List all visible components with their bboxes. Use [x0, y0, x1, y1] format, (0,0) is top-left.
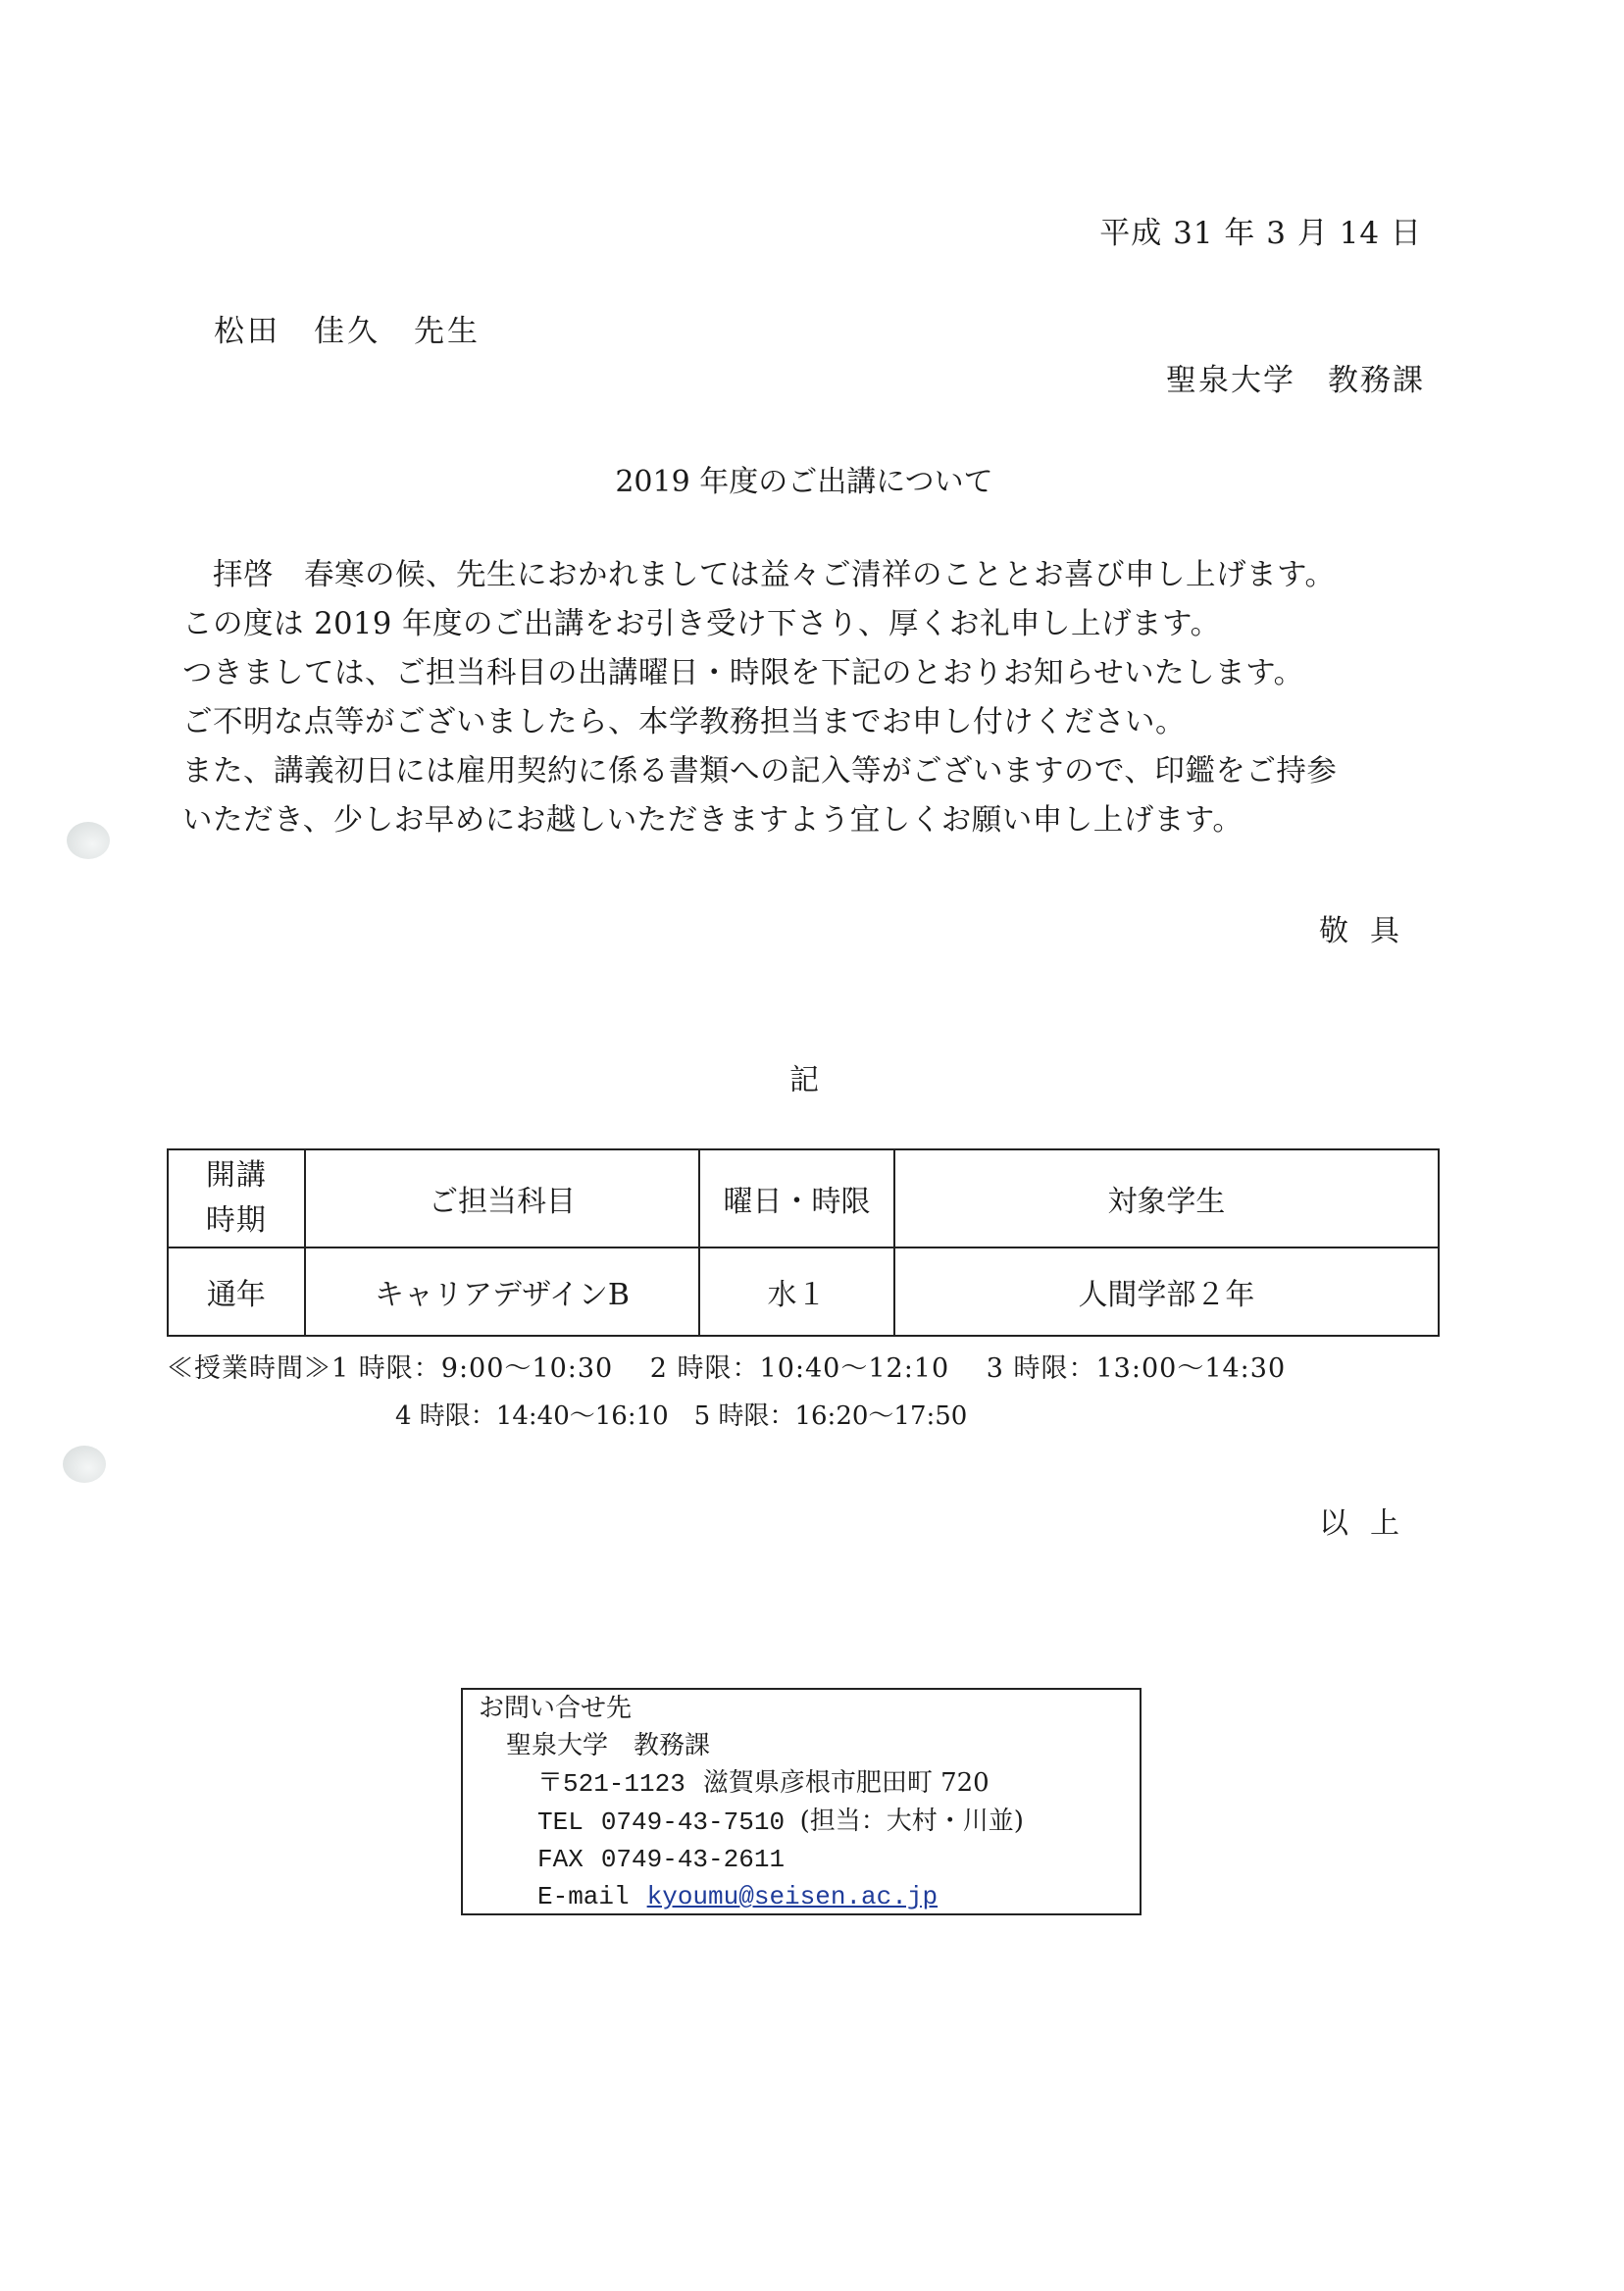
contact-box: お問い合せ先 聖泉大学 教務課 〒521-1123滋賀県彦根市肥田町 720 T… — [461, 1688, 1142, 1915]
body-line: つきましては、ご担当科目の出講曜日・時限を下記のとおりお知らせいたします。 — [182, 649, 1337, 698]
punch-hole-top — [67, 822, 110, 859]
cell-period: 通年 — [168, 1247, 305, 1336]
body-line: 拝啓 春寒の候、先生におかれましては益々ご清祥のこととお喜び申し上げます。 — [182, 551, 1337, 600]
contact-address: 〒521-1123滋賀県彦根市肥田町 720 — [463, 1764, 1140, 1803]
class-hours-periods-1-3: 1 時限：9:00～10:30 2 時限：10:40～12:10 3 時限：13… — [331, 1353, 1286, 1384]
fax-label: FAX — [537, 1845, 584, 1874]
contact-org: 聖泉大学 教務課 — [463, 1727, 1140, 1764]
tel-note: (担当：大村・川並) — [800, 1807, 1024, 1836]
end-mark: 以上 — [1319, 1499, 1421, 1542]
contact-email: E-mailkyoumu@seisen.ac.jp — [463, 1878, 1140, 1915]
letter-body: 拝啓 春寒の候、先生におかれましては益々ご清祥のこととお喜び申し上げます。 この… — [182, 551, 1337, 845]
address: 滋賀県彦根市肥田町 720 — [703, 1768, 990, 1798]
body-line: いただき、少しお早めにお越しいただきますよう宜しくお願い申し上げます。 — [182, 796, 1337, 845]
body-line: この度は 2019 年度のご出講をお引き受け下さり、厚くお礼申し上げます。 — [182, 600, 1337, 649]
ki-heading: 記 — [0, 1055, 1608, 1098]
header-period-line2: 時期 — [169, 1198, 304, 1244]
sender-name: 聖泉大学 教務課 — [1166, 355, 1425, 399]
header-students: 対象学生 — [894, 1149, 1439, 1247]
table-row: 通年 キャリアデザインB 水１ 人間学部２年 — [168, 1247, 1439, 1336]
cell-students: 人間学部２年 — [894, 1247, 1439, 1336]
contact-tel: TEL0749-43-7510 (担当：大村・川並) — [463, 1803, 1140, 1841]
recipient-name: 松田 佳久 先生 — [214, 306, 481, 350]
punch-hole-bottom — [63, 1446, 106, 1483]
body-line: ご不明な点等がございましたら、本学教務担当までお申し付けください。 — [182, 698, 1337, 747]
postal-code: 〒521-1123 — [537, 1769, 685, 1799]
class-hours-line2: 4 時限：14:40～16:10 5 時限：16:20～17:50 — [395, 1396, 967, 1432]
email-label: E-mail — [537, 1882, 630, 1911]
letter-date: 平成 31 年 3 月 14 日 — [1099, 208, 1422, 252]
email-link[interactable]: kyoumu@seisen.ac.jp — [647, 1882, 938, 1911]
class-hours-label: ≪授業時間≫ — [167, 1353, 331, 1384]
contact-fax: FAX0749-43-2611 — [463, 1841, 1140, 1878]
body-line: また、講義初日には雇用契約に係る書類への記入等がございますので、印鑑をご持参 — [182, 747, 1337, 796]
fax-number: 0749-43-2611 — [601, 1845, 785, 1874]
table-header-row: 開講 時期 ご担当科目 曜日・時限 対象学生 — [168, 1149, 1439, 1247]
tel-number: 0749-43-7510 — [601, 1807, 785, 1837]
tel-label: TEL — [537, 1807, 584, 1837]
closing-keigu: 敬具 — [1319, 906, 1421, 949]
header-day-time: 曜日・時限 — [699, 1149, 894, 1247]
letter-title: 2019 年度のご出講について — [0, 457, 1608, 500]
cell-day-time: 水１ — [699, 1247, 894, 1336]
header-period-line1: 開講 — [169, 1153, 304, 1198]
schedule-table: 開講 時期 ご担当科目 曜日・時限 対象学生 通年 キャリアデザインB 水１ 人… — [167, 1148, 1440, 1337]
class-hours-line1: ≪授業時間≫1 時限：9:00～10:30 2 時限：10:40～12:10 3… — [167, 1347, 1286, 1385]
contact-heading: お問い合せ先 — [463, 1690, 1140, 1727]
header-period: 開講 時期 — [168, 1149, 305, 1247]
header-subject: ご担当科目 — [305, 1149, 699, 1247]
cell-subject: キャリアデザインB — [305, 1247, 699, 1336]
